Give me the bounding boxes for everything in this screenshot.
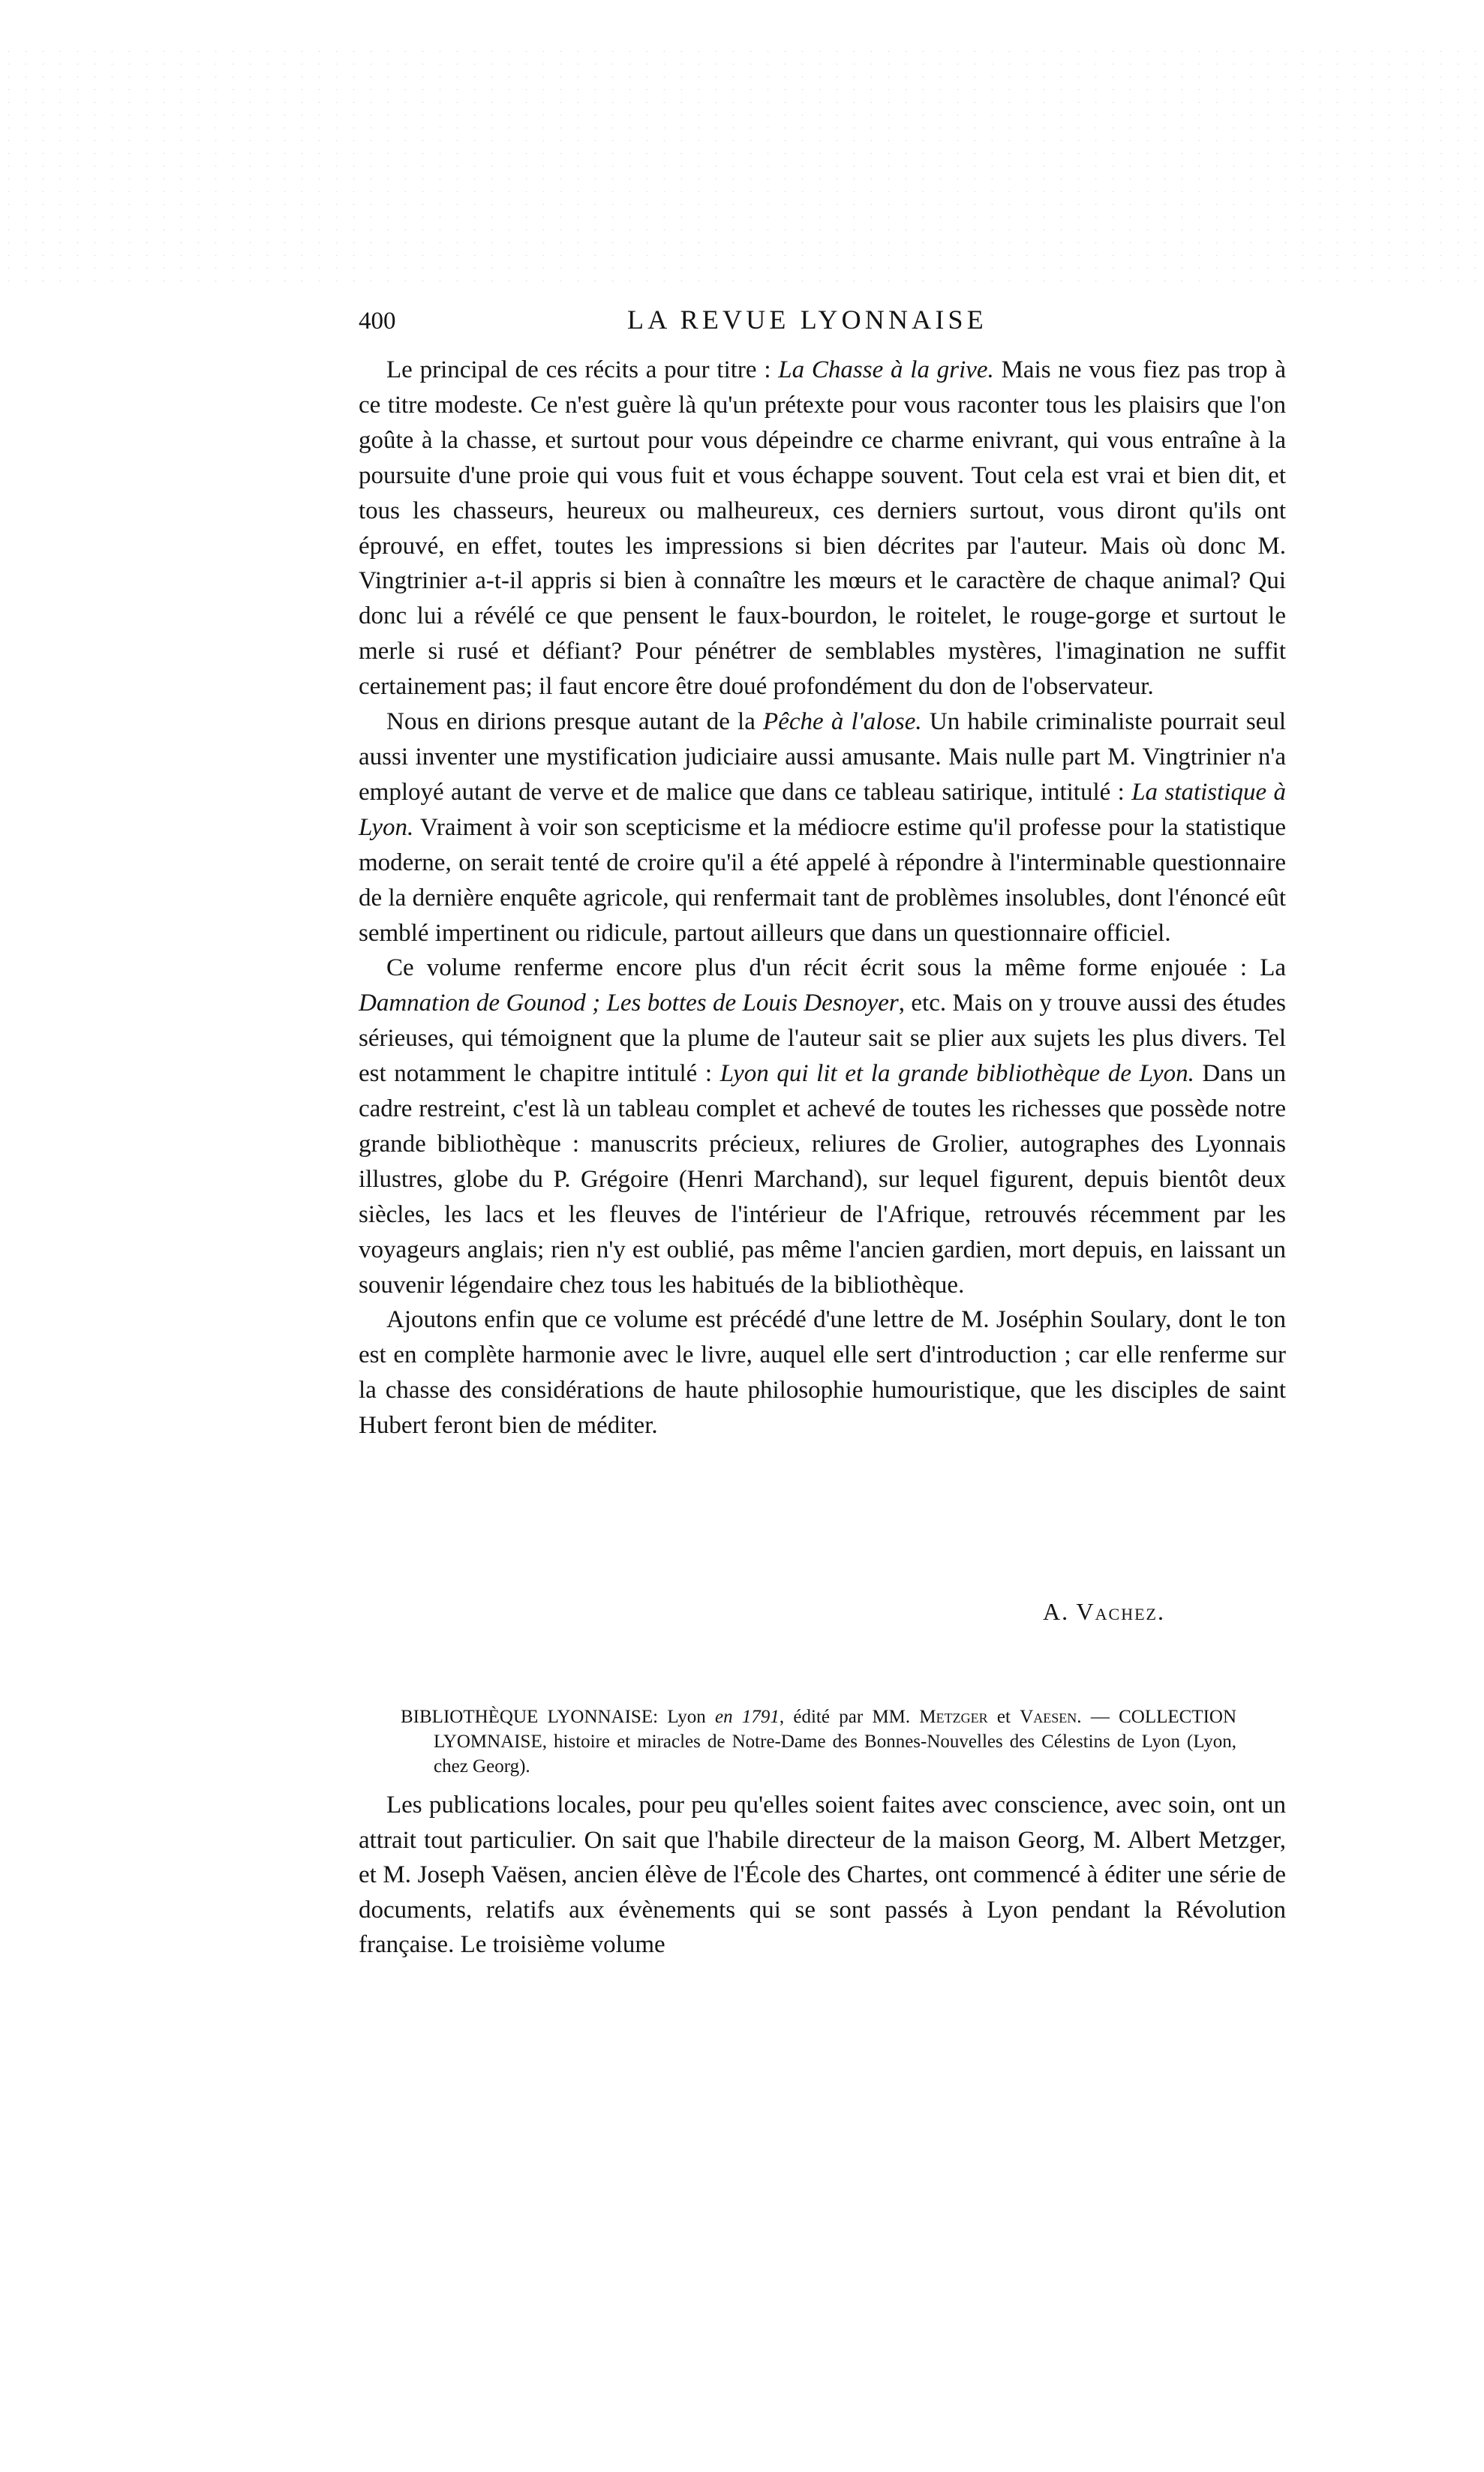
- author-signature: A. Vachez.: [1043, 1596, 1165, 1626]
- page-number: 400: [359, 306, 396, 336]
- paragraph-4: Ajoutons enfin que ce volume est précédé…: [359, 1302, 1286, 1443]
- second-review-body: Les publications locales, pour peu qu'el…: [359, 1788, 1286, 1963]
- text-segment: Ce volume renferme encore plus d'un réci…: [386, 954, 1286, 981]
- paragraph-1: Le principal de ces récits a pour titre …: [359, 353, 1286, 704]
- notice-text: , édité par MM.: [780, 1707, 920, 1727]
- notice-text: et: [988, 1707, 1020, 1727]
- text-segment: Nous en dirions presque autant de la: [386, 708, 763, 735]
- bleed-through-noise: [0, 45, 1484, 285]
- paragraph-3: Ce volume renferme encore plus d'un réci…: [359, 951, 1286, 1302]
- running-title: LA REVUE LYONNAISE: [627, 303, 987, 336]
- italic-title: La Chasse à la grive.: [778, 356, 994, 383]
- italic-title: Pêche à l'alose.: [763, 708, 922, 735]
- text-segment: Dans un cadre restreint, c'est là un tab…: [359, 1060, 1286, 1298]
- text-segment: Vraiment à voir son scepticisme et la mé…: [359, 814, 1286, 947]
- notice-italic: en 1791: [715, 1707, 780, 1727]
- italic-title: Damnation de Gounod ; Les bottes de Loui…: [359, 990, 899, 1017]
- text-segment: Ajoutons enfin que ce volume est précédé…: [359, 1306, 1286, 1439]
- text-segment: Mais ne vous fiez pas trop à ce titre mo…: [359, 356, 1286, 700]
- signature-initial: A. V: [1043, 1598, 1095, 1625]
- paragraph-5: Les publications locales, pour peu qu'el…: [359, 1788, 1286, 1963]
- signature-surname: achez.: [1095, 1598, 1165, 1625]
- scanned-page: 400 LA REVUE LYONNAISE Le principal de c…: [0, 0, 1484, 2472]
- notice-editor-name: Metzger: [919, 1707, 987, 1727]
- review-body: Le principal de ces récits a pour titre …: [359, 353, 1286, 1443]
- notice-text: BIBLIOTHÈQUE LYONNAISE: Lyon: [401, 1707, 715, 1727]
- paragraph-2: Nous en dirions presque autant de la Pêc…: [359, 704, 1286, 951]
- text-segment: Le principal de ces récits a pour titre …: [386, 356, 778, 383]
- notice-editor-name: Vaesen.: [1020, 1707, 1081, 1727]
- italic-title: Lyon qui lit et la grande bibliothèque d…: [720, 1060, 1194, 1087]
- bibliographic-notice: BIBLIOTHÈQUE LYONNAISE: Lyon en 1791, éd…: [401, 1705, 1236, 1779]
